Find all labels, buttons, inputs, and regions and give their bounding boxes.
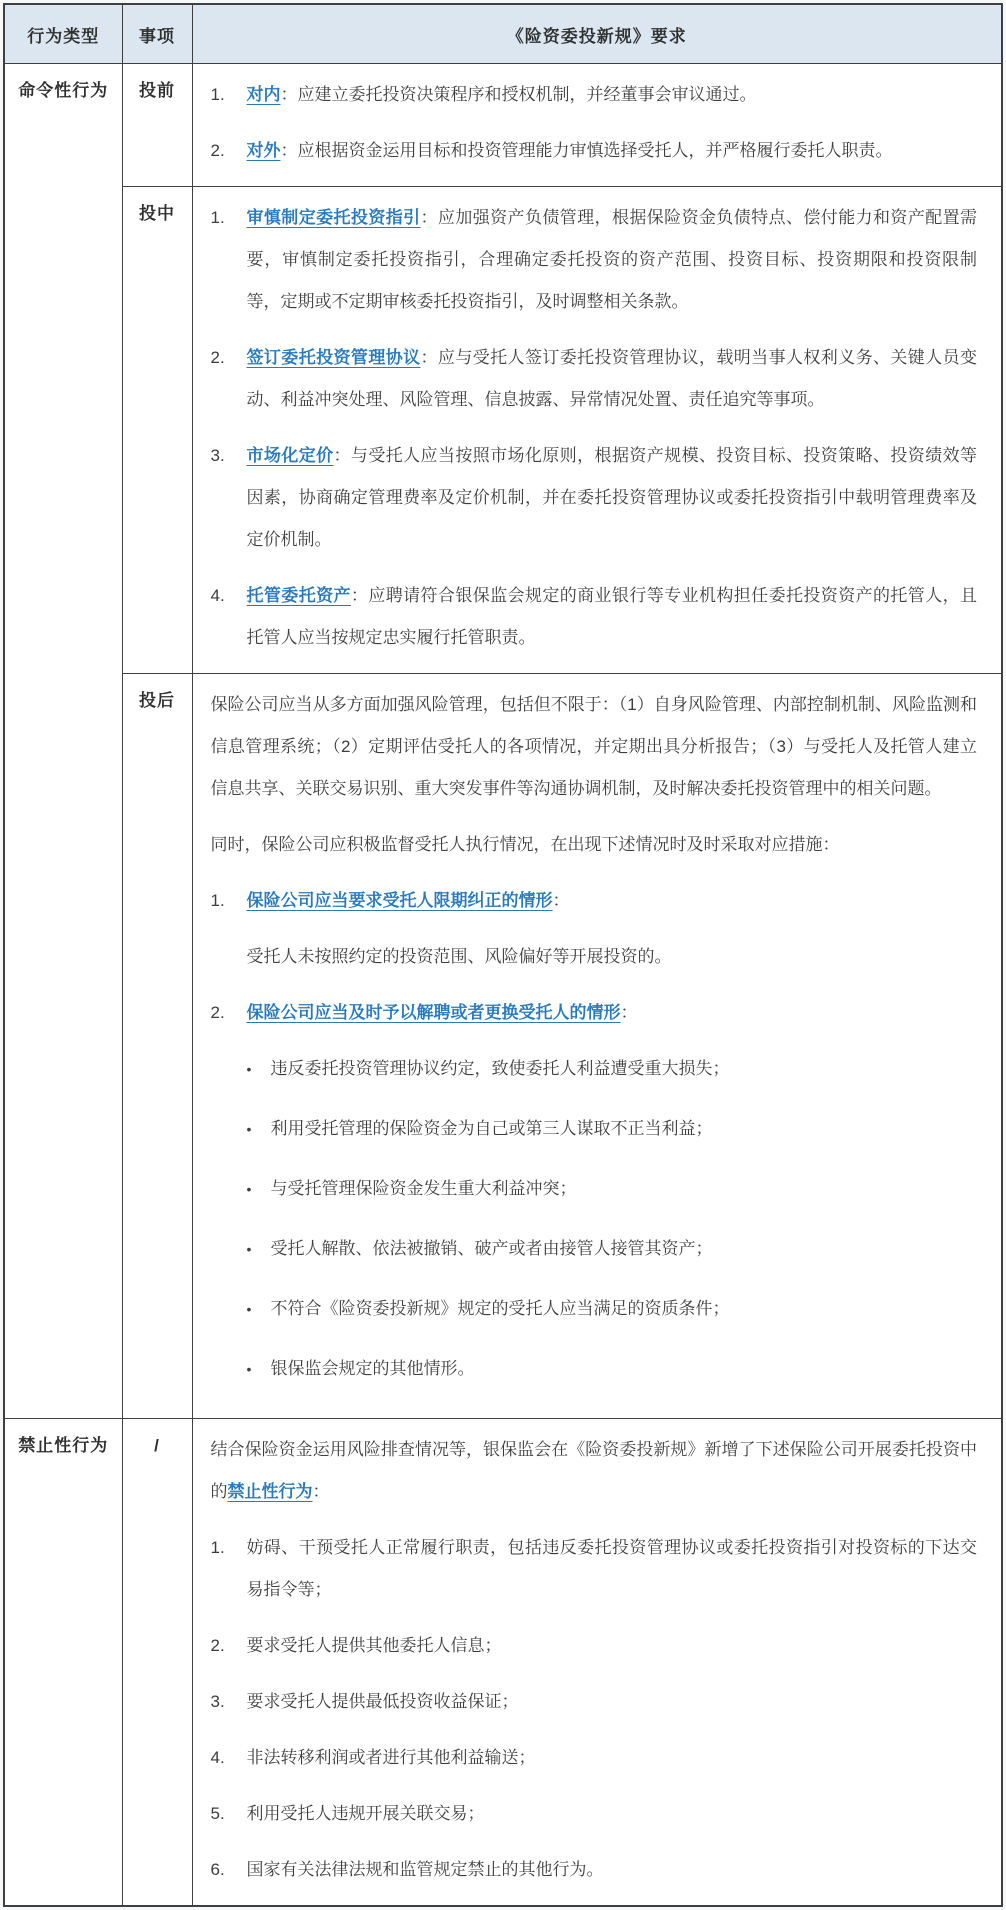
inline-link[interactable]: 托管委托资产 — [247, 586, 351, 605]
header-requirements: 《险资委投新规》要求 — [192, 4, 1002, 64]
item-text: 要求受托人提供其他委托人信息； — [247, 1625, 978, 1667]
numbered-list: 1.审慎制定委托投资指引：应加强资产负债管理，根据保险资金负债特点、偿付能力和资… — [211, 197, 978, 659]
bullet-icon: • — [247, 1348, 271, 1390]
item-text: 国家有关法律法规和监管规定禁止的其他行为。 — [247, 1849, 978, 1891]
table-row: 命令性行为投前1.对内：应建立委托投资决策程序和授权机制，并经董事会审议通过。2… — [4, 64, 1002, 187]
item-number: 2. — [211, 337, 247, 421]
item-body: 利用受托人违规开展关联交易； — [247, 1793, 978, 1835]
bullet-icon: • — [247, 1168, 271, 1210]
item-text: 保险公司应当要求受托人限期纠正的情形： — [247, 880, 978, 922]
item-number: 4. — [211, 1737, 247, 1779]
item-text: 利用受托人违规开展关联交易； — [247, 1793, 978, 1835]
bullet-text: 受托人解散、依法被撤销、破产或者由接管人接管其资产； — [271, 1228, 978, 1270]
item-body: 对外：应根据资金运用目标和投资管理能力审慎选择受托人，并严格履行委托人职责。 — [247, 130, 978, 172]
inline-link[interactable]: 对内 — [247, 85, 281, 104]
sub-content: 受托人未按照约定的投资范围、风险偏好等开展投资的。 — [247, 936, 978, 978]
item-body: 保险公司应当要求受托人限期纠正的情形：受托人未按照约定的投资范围、风险偏好等开展… — [247, 880, 978, 978]
item-number: 1. — [211, 74, 247, 116]
list-item: 2.要求受托人提供其他委托人信息； — [211, 1625, 978, 1667]
table-row: 投后保险公司应当从多方面加强风险管理，包括但不限于：（1）自身风险管理、内部控制… — [4, 674, 1002, 1419]
item-text: 保险公司应当及时予以解聘或者更换受托人的情形： — [247, 992, 978, 1034]
item-body: 妨碍、干预受托人正常履行职责，包括违反委托投资管理协议或委托投资指引对投资标的下… — [247, 1527, 978, 1611]
inline-link[interactable]: 审慎制定委托投资指引 — [247, 208, 421, 227]
requirements-cell: 结合保险资金运用风险排查情况等，银保监会在《险资委投新规》新增了下述保险公司开展… — [192, 1419, 1002, 1907]
item-body: 非法转移利润或者进行其他利益输送； — [247, 1737, 978, 1779]
item-number: 3. — [211, 435, 247, 561]
bullet-text: 与受托管理保险资金发生重大利益冲突； — [271, 1168, 978, 1210]
bullet-item: •受托人解散、依法被撤销、破产或者由接管人接管其资产； — [247, 1228, 978, 1270]
item-number: 2. — [211, 1625, 247, 1667]
numbered-list: 1.保险公司应当要求受托人限期纠正的情形：受托人未按照约定的投资范围、风险偏好等… — [211, 880, 978, 1404]
header-behavior-type: 行为类型 — [4, 4, 122, 64]
bullet-icon: • — [247, 1228, 271, 1270]
inline-link[interactable]: 禁止性行为 — [228, 1482, 313, 1501]
item-body: 签订委托投资管理协议：应与受托人签订委托投资管理协议，载明当事人权利义务、关键人… — [247, 337, 978, 421]
table-body: 命令性行为投前1.对内：应建立委托投资决策程序和授权机制，并经董事会审议通过。2… — [4, 64, 1002, 1907]
item-body: 对内：应建立委托投资决策程序和授权机制，并经董事会审议通过。 — [247, 74, 978, 116]
list-item: 5.利用受托人违规开展关联交易； — [211, 1793, 978, 1835]
list-item: 4.托管委托资产：应聘请符合银保监会规定的商业银行等专业机构担任委托投资资产的托… — [211, 575, 978, 659]
bullet-text: 不符合《险资委投新规》规定的受托人应当满足的资质条件； — [271, 1288, 978, 1330]
item-body: 国家有关法律法规和监管规定禁止的其他行为。 — [247, 1849, 978, 1891]
item-text: 要求受托人提供最低投资收益保证； — [247, 1681, 978, 1723]
table-row: 投中1.审慎制定委托投资指引：应加强资产负债管理，根据保险资金负债特点、偿付能力… — [4, 187, 1002, 674]
text-run: 保险公司应当从多方面加强风险管理，包括但不限于：（1）自身风险管理、内部控制机制… — [211, 695, 978, 798]
item-text: 对外：应根据资金运用目标和投资管理能力审慎选择受托人，并严格履行委托人职责。 — [247, 130, 978, 172]
stage-cell: / — [122, 1419, 192, 1907]
item-body: 要求受托人提供最低投资收益保证； — [247, 1681, 978, 1723]
item-number: 3. — [211, 1681, 247, 1723]
text-run: 要求受托人提供最低投资收益保证； — [247, 1692, 519, 1711]
item-number: 1. — [211, 197, 247, 323]
item-number: 2. — [211, 992, 247, 1404]
stage-cell: 投前 — [122, 64, 192, 187]
list-item: 1.审慎制定委托投资指引：应加强资产负债管理，根据保险资金负债特点、偿付能力和资… — [211, 197, 978, 323]
numbered-list: 1.妨碍、干预受托人正常履行职责，包括违反委托投资管理协议或委托投资指引对投资标… — [211, 1527, 978, 1891]
bullet-item: •银保监会规定的其他情形。 — [247, 1348, 978, 1390]
requirements-cell: 保险公司应当从多方面加强风险管理，包括但不限于：（1）自身风险管理、内部控制机制… — [192, 674, 1002, 1419]
bullet-icon: • — [247, 1288, 271, 1330]
requirements-cell: 1.审慎制定委托投资指引：应加强资产负债管理，根据保险资金负债特点、偿付能力和资… — [192, 187, 1002, 674]
header-row: 行为类型 事项 《险资委投新规》要求 — [4, 4, 1002, 64]
item-number: 1. — [211, 1527, 247, 1611]
item-body: 审慎制定委托投资指引：应加强资产负债管理，根据保险资金负债特点、偿付能力和资产配… — [247, 197, 978, 323]
bullet-item: •违反委托投资管理协议约定，致使委托人利益遭受重大损失； — [247, 1048, 978, 1090]
bullet-item: •利用受托管理的保险资金为自己或第三人谋取不正当利益； — [247, 1108, 978, 1150]
inline-link[interactable]: 市场化定价 — [247, 446, 334, 465]
item-text: 非法转移利润或者进行其他利益输送； — [247, 1737, 978, 1779]
text-run: 非法转移利润或者进行其他利益输送； — [247, 1748, 536, 1767]
list-item: 1.对内：应建立委托投资决策程序和授权机制，并经董事会审议通过。 — [211, 74, 978, 116]
bullet-icon: • — [247, 1108, 271, 1150]
stage-cell: 投中 — [122, 187, 192, 674]
behavior-type-cell: 命令性行为 — [4, 64, 122, 1419]
table-header: 行为类型 事项 《险资委投新规》要求 — [4, 4, 1002, 64]
item-body: 保险公司应当及时予以解聘或者更换受托人的情形：•违反委托投资管理协议约定，致使委… — [247, 992, 978, 1404]
item-number: 2. — [211, 130, 247, 172]
bullet-icon: • — [247, 1048, 271, 1090]
item-text: 签订委托投资管理协议：应与受托人签订委托投资管理协议，载明当事人权利义务、关键人… — [247, 337, 978, 421]
item-text: 托管委托资产：应聘请符合银保监会规定的商业银行等专业机构担任委托投资资产的托管人… — [247, 575, 978, 659]
page-container: 行为类型 事项 《险资委投新规》要求 命令性行为投前1.对内：应建立委托投资决策… — [0, 0, 1006, 1910]
item-body: 市场化定价：与受托人应当按照市场化原则，根据资产规模、投资目标、投资策略、投资绩… — [247, 435, 978, 561]
bullet-item: •与受托管理保险资金发生重大利益冲突； — [247, 1168, 978, 1210]
text-run: ：应建立委托投资决策程序和授权机制，并经董事会审议通过。 — [281, 85, 757, 104]
list-item: 1.保险公司应当要求受托人限期纠正的情形：受托人未按照约定的投资范围、风险偏好等… — [211, 880, 978, 978]
sub-content: •违反委托投资管理协议约定，致使委托人利益遭受重大损失；•利用受托管理的保险资金… — [247, 1048, 978, 1390]
requirements-cell: 1.对内：应建立委托投资决策程序和授权机制，并经董事会审议通过。2.对外：应根据… — [192, 64, 1002, 187]
text-run: ：应聘请符合银保监会规定的商业银行等专业机构担任委托投资资产的托管人，且托管人应… — [247, 586, 978, 647]
list-item: 2.保险公司应当及时予以解聘或者更换受托人的情形：•违反委托投资管理协议约定，致… — [211, 992, 978, 1404]
table-row: 禁止性行为/结合保险资金运用风险排查情况等，银保监会在《险资委投新规》新增了下述… — [4, 1419, 1002, 1907]
bullet-text: 利用受托管理的保险资金为自己或第三人谋取不正当利益； — [271, 1108, 978, 1150]
bullet-text: 违反委托投资管理协议约定，致使委托人利益遭受重大损失； — [271, 1048, 978, 1090]
item-text: 审慎制定委托投资指引：应加强资产负债管理，根据保险资金负债特点、偿付能力和资产配… — [247, 197, 978, 323]
bullet-item: •不符合《险资委投新规》规定的受托人应当满足的资质条件； — [247, 1288, 978, 1330]
inline-link[interactable]: 对外 — [247, 141, 281, 160]
item-number: 6. — [211, 1849, 247, 1891]
item-number: 4. — [211, 575, 247, 659]
paragraph: 同时，保险公司应积极监督受托人执行情况，在出现下述情况时及时采取对应措施： — [211, 824, 978, 866]
item-text: 市场化定价：与受托人应当按照市场化原则，根据资产规模、投资目标、投资策略、投资绩… — [247, 435, 978, 561]
inline-link[interactable]: 保险公司应当要求受托人限期纠正的情形 — [247, 891, 553, 910]
text-run: ：与受托人应当按照市场化原则，根据资产规模、投资目标、投资策略、投资绩效等因素，… — [247, 446, 978, 549]
paragraph: 结合保险资金运用风险排查情况等，银保监会在《险资委投新规》新增了下述保险公司开展… — [211, 1429, 978, 1513]
item-text: 对内：应建立委托投资决策程序和授权机制，并经董事会审议通过。 — [247, 74, 978, 116]
text-run: 受托人未按照约定的投资范围、风险偏好等开展投资的。 — [247, 947, 672, 966]
text-run: ： — [621, 1003, 638, 1022]
list-item: 3.市场化定价：与受托人应当按照市场化原则，根据资产规模、投资目标、投资策略、投… — [211, 435, 978, 561]
text-run: 国家有关法律法规和监管规定禁止的其他行为。 — [247, 1860, 604, 1879]
list-item: 2.签订委托投资管理协议：应与受托人签订委托投资管理协议，载明当事人权利义务、关… — [211, 337, 978, 421]
text-run: ： — [313, 1482, 330, 1501]
item-body: 要求受托人提供其他委托人信息； — [247, 1625, 978, 1667]
list-item: 1.妨碍、干预受托人正常履行职责，包括违反委托投资管理协议或委托投资指引对投资标… — [211, 1527, 978, 1611]
list-item: 6.国家有关法律法规和监管规定禁止的其他行为。 — [211, 1849, 978, 1891]
list-item: 4.非法转移利润或者进行其他利益输送； — [211, 1737, 978, 1779]
list-item: 3.要求受托人提供最低投资收益保证； — [211, 1681, 978, 1723]
paragraph: 受托人未按照约定的投资范围、风险偏好等开展投资的。 — [247, 936, 978, 978]
header-matter: 事项 — [122, 4, 192, 64]
text-run: 要求受托人提供其他委托人信息； — [247, 1636, 502, 1655]
text-run: ：应根据资金运用目标和投资管理能力审慎选择受托人，并严格履行委托人职责。 — [281, 141, 893, 160]
text-run: ： — [553, 891, 570, 910]
stage-cell: 投后 — [122, 674, 192, 1419]
item-number: 1. — [211, 880, 247, 978]
item-text: 妨碍、干预受托人正常履行职责，包括违反委托投资管理协议或委托投资指引对投资标的下… — [247, 1527, 978, 1611]
bullet-text: 银保监会规定的其他情形。 — [271, 1348, 978, 1390]
inline-link[interactable]: 签订委托投资管理协议 — [247, 348, 421, 367]
text-run: 妨碍、干预受托人正常履行职责，包括违反委托投资管理协议或委托投资指引对投资标的下… — [247, 1538, 978, 1599]
behavior-type-cell: 禁止性行为 — [4, 1419, 122, 1907]
item-body: 托管委托资产：应聘请符合银保监会规定的商业银行等专业机构担任委托投资资产的托管人… — [247, 575, 978, 659]
numbered-list: 1.对内：应建立委托投资决策程序和授权机制，并经董事会审议通过。2.对外：应根据… — [211, 74, 978, 172]
regulation-table: 行为类型 事项 《险资委投新规》要求 命令性行为投前1.对内：应建立委托投资决策… — [3, 3, 1003, 1907]
item-number: 5. — [211, 1793, 247, 1835]
inline-link[interactable]: 保险公司应当及时予以解聘或者更换受托人的情形 — [247, 1003, 621, 1022]
text-run: 同时，保险公司应积极监督受托人执行情况，在出现下述情况时及时采取对应措施： — [211, 835, 840, 854]
paragraph: 保险公司应当从多方面加强风险管理，包括但不限于：（1）自身风险管理、内部控制机制… — [211, 684, 978, 810]
text-run: 利用受托人违规开展关联交易； — [247, 1804, 485, 1823]
list-item: 2.对外：应根据资金运用目标和投资管理能力审慎选择受托人，并严格履行委托人职责。 — [211, 130, 978, 172]
bullet-list: •违反委托投资管理协议约定，致使委托人利益遭受重大损失；•利用受托管理的保险资金… — [247, 1048, 978, 1390]
